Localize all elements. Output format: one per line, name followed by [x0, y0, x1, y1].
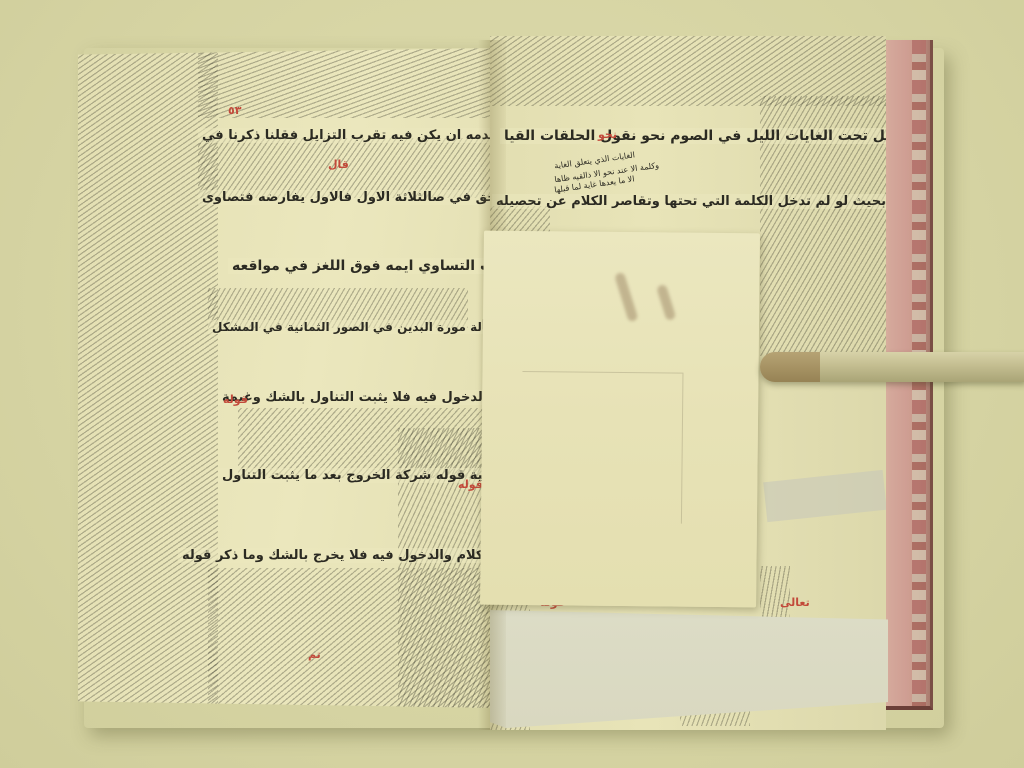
wooden-pointer	[760, 352, 1024, 382]
gloss-left-margin	[78, 48, 218, 708]
text-line: ستعمال الكلمة التي في مسألة مورة البدين …	[208, 320, 498, 334]
repair-patch	[763, 470, 886, 522]
ruling-mark	[521, 371, 684, 524]
text-line: بحيث لو لم تدخل الكلمة التي تحتها وتقاصر…	[492, 194, 886, 209]
pointer-tip	[760, 352, 820, 382]
text-line: ما قبلها وعدمه ان يكن فيه تقرب التزايل ف…	[198, 128, 498, 143]
rubric-mark: نحو	[598, 128, 617, 141]
gloss-top-margin	[198, 48, 498, 118]
text-line: في التناول والدخول فيه فلا يثبت التناول …	[218, 390, 498, 405]
rubric-mark: ٥٣	[228, 104, 241, 117]
rubric-mark: قال	[328, 158, 349, 171]
stain	[656, 284, 676, 321]
text-line: الثالث اوجب التساوي ايمه فوق اللغز في مو…	[228, 258, 498, 274]
stain	[614, 272, 638, 323]
text-line: البد والحق في صالثلاثة الاول فالاول يفار…	[198, 190, 498, 205]
gloss-bottom-margin	[208, 568, 498, 708]
left-page: ما قبلها وعدمه ان يكن فيه تقرب التزايل ف…	[78, 48, 498, 708]
text-line: صرف الكلام والدخول فيه فلا يخرج بالشك وم…	[178, 548, 498, 563]
text-line: صورة بنزع الثمانية قوله شركة الخروج بعد …	[218, 468, 498, 483]
rubric-mark: قوله	[223, 393, 248, 406]
text-line: لا تدخل تحت الغايات الليل في الصوم نحو ن…	[500, 128, 886, 144]
inserted-paper-slip	[480, 231, 760, 608]
rubric-mark: تعالى	[780, 596, 810, 609]
rubric-mark: تم	[308, 648, 321, 661]
